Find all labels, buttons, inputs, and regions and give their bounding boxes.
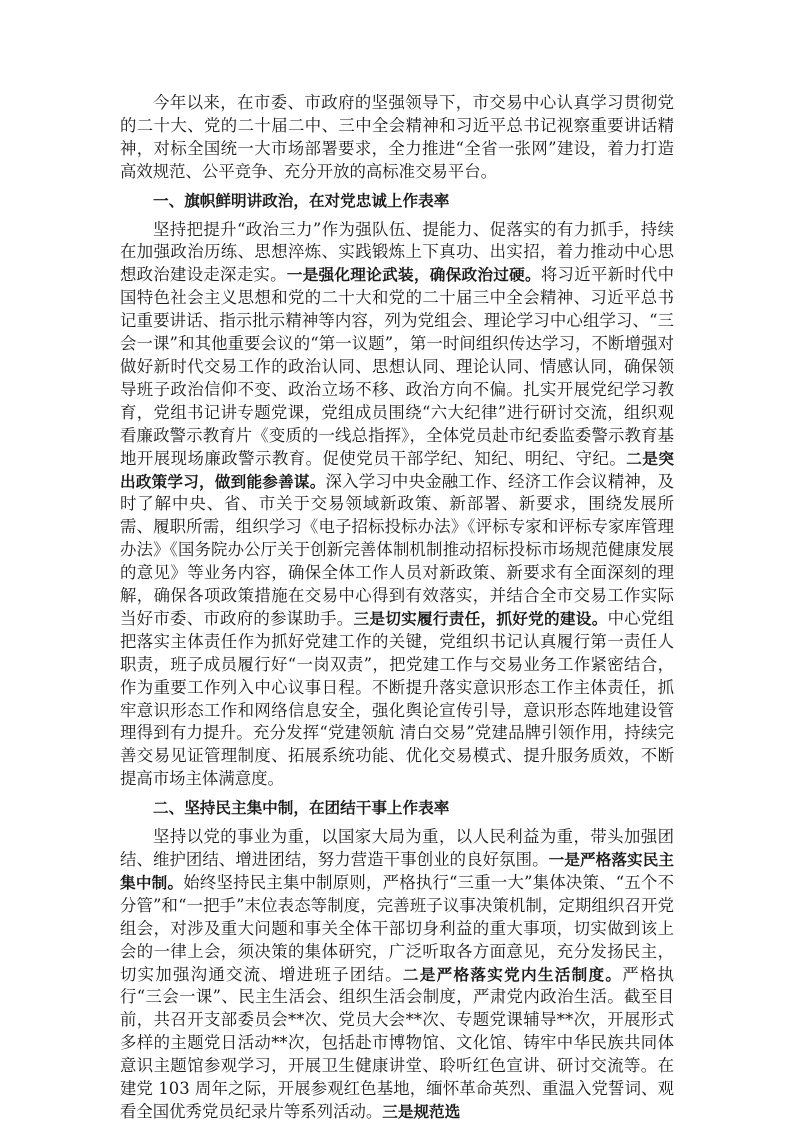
document-page: 今年以来，在市委、市政府的坚强领导下，市交易中心认真学习贯彻党的二十大、党的二十… [120,92,674,1122]
bold-point: 一是强化理论武装，确保政治过硬。 [287,266,541,284]
body-text: 将习近平新时代中国特色社会主义思想和党的二十大和党的二十届三中全会精神、习近平总… [120,265,674,467]
section-2-paragraph: 坚持以党的事业为重，以国家大局为重，以人民利益为重，带头加强团结、维护团结、增进… [120,826,674,1122]
body-text: 深入学习中央金融工作、经济工作会议精神，及时了解中央、省、市关于交易领域新政策、… [120,472,674,628]
bold-point: 三是规范选 [382,1103,460,1121]
body-text: 中心党组把落实主体责任作为抓好党建工作的关键，党组织书记认真履行第一责任人职责，… [120,609,674,788]
bold-point: 二是严格落实党内生活制度。 [403,966,622,984]
section-2-heading: 二、坚持民主集中制，在团结干事上作表率 [120,797,674,820]
bold-point: 三是切实履行责任，抓好党的建设。 [353,610,607,628]
section-1-paragraph: 坚持把提升“政治三力”作为强队伍、提能力、促落实的有力抓手，持续在加强政治历练、… [120,219,674,792]
section-1-heading: 一、旗帜鲜明讲政治，在对党忠诚上作表率 [120,190,674,213]
body-text: 严格执行“三会一课”、民主生活会、组织生活会制度，严肃党内政治生活。截至目前，共… [120,965,674,1121]
intro-paragraph: 今年以来，在市委、市政府的坚强领导下，市交易中心认真学习贯彻党的二十大、党的二十… [120,92,674,184]
